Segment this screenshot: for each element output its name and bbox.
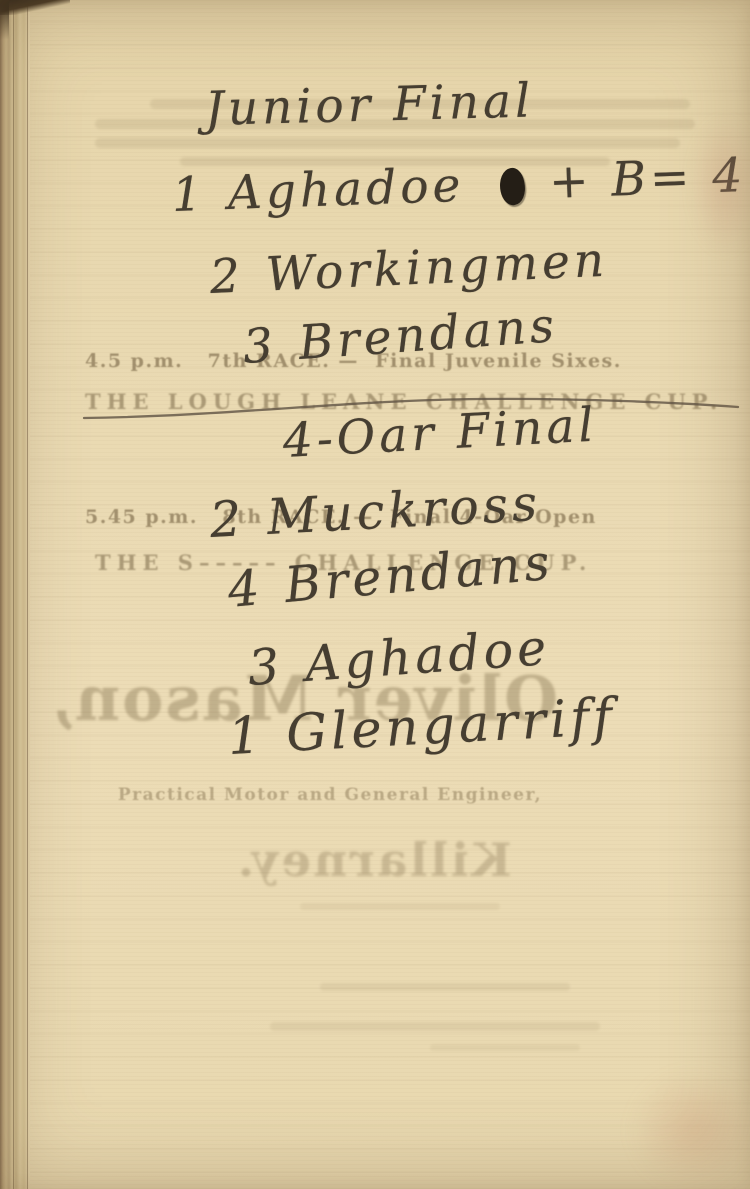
- ghost-print-smudge: [270, 1022, 600, 1031]
- ink-blot: [497, 166, 529, 207]
- entry-rank: 2: [209, 249, 245, 305]
- entry-rank: 1: [171, 167, 207, 223]
- handwriting-junior-entry-2: 2Workingmen: [209, 233, 609, 305]
- page-edge-crease: [27, 0, 28, 1189]
- ghost-print-smudge: [320, 983, 570, 991]
- entry-rank: 3: [241, 318, 279, 375]
- entry-rank: 1: [226, 706, 265, 767]
- entry-club: Workingmen: [265, 233, 609, 303]
- ghost-print-smudge: [300, 903, 500, 910]
- handwriting-junior-entry-3: 3Brendans: [241, 298, 560, 375]
- entry-club: Brendans: [282, 534, 555, 614]
- entry-rank: 2: [209, 490, 247, 549]
- ghost-advertiser-town-mirrored: Killarney.: [235, 833, 512, 887]
- dark-cover-edge: [0, 0, 9, 44]
- book-page-edges: [0, 0, 30, 1189]
- entry-club: Glengarriff: [285, 688, 618, 764]
- ghost-advertiser-role: Practical Motor and General Engineer,: [95, 785, 565, 805]
- handwriting-junior-final-title: Junior Final: [204, 73, 534, 137]
- dark-cover-corner: [0, 0, 70, 15]
- entry-note: + B= 4: [548, 148, 747, 210]
- page-edge-crease: [13, 0, 14, 1189]
- paper-stain: [630, 1070, 750, 1189]
- handwriting-fouroar-entry-4: 1Glengarriff: [226, 688, 617, 767]
- handwriting-fouroar-entry-3: 3Aghadoe: [246, 619, 552, 697]
- entry-rank: 4: [226, 559, 266, 619]
- entry-club: Aghadoe: [227, 158, 465, 221]
- entry-club: Brendans: [297, 298, 560, 371]
- handwriting-fouroar-entry-2: 4Brendans: [226, 534, 556, 619]
- ghost-print-smudge: [95, 138, 680, 148]
- notebook-page-photo: 4.5 p.m. 7th RACE. — Final Juvenile Sixe…: [0, 0, 750, 1189]
- entry-club: Aghadoe: [303, 619, 552, 693]
- entry-club: Muckross: [266, 475, 543, 546]
- entry-rank: 3: [246, 638, 285, 697]
- ghost-print-smudge: [430, 1044, 580, 1051]
